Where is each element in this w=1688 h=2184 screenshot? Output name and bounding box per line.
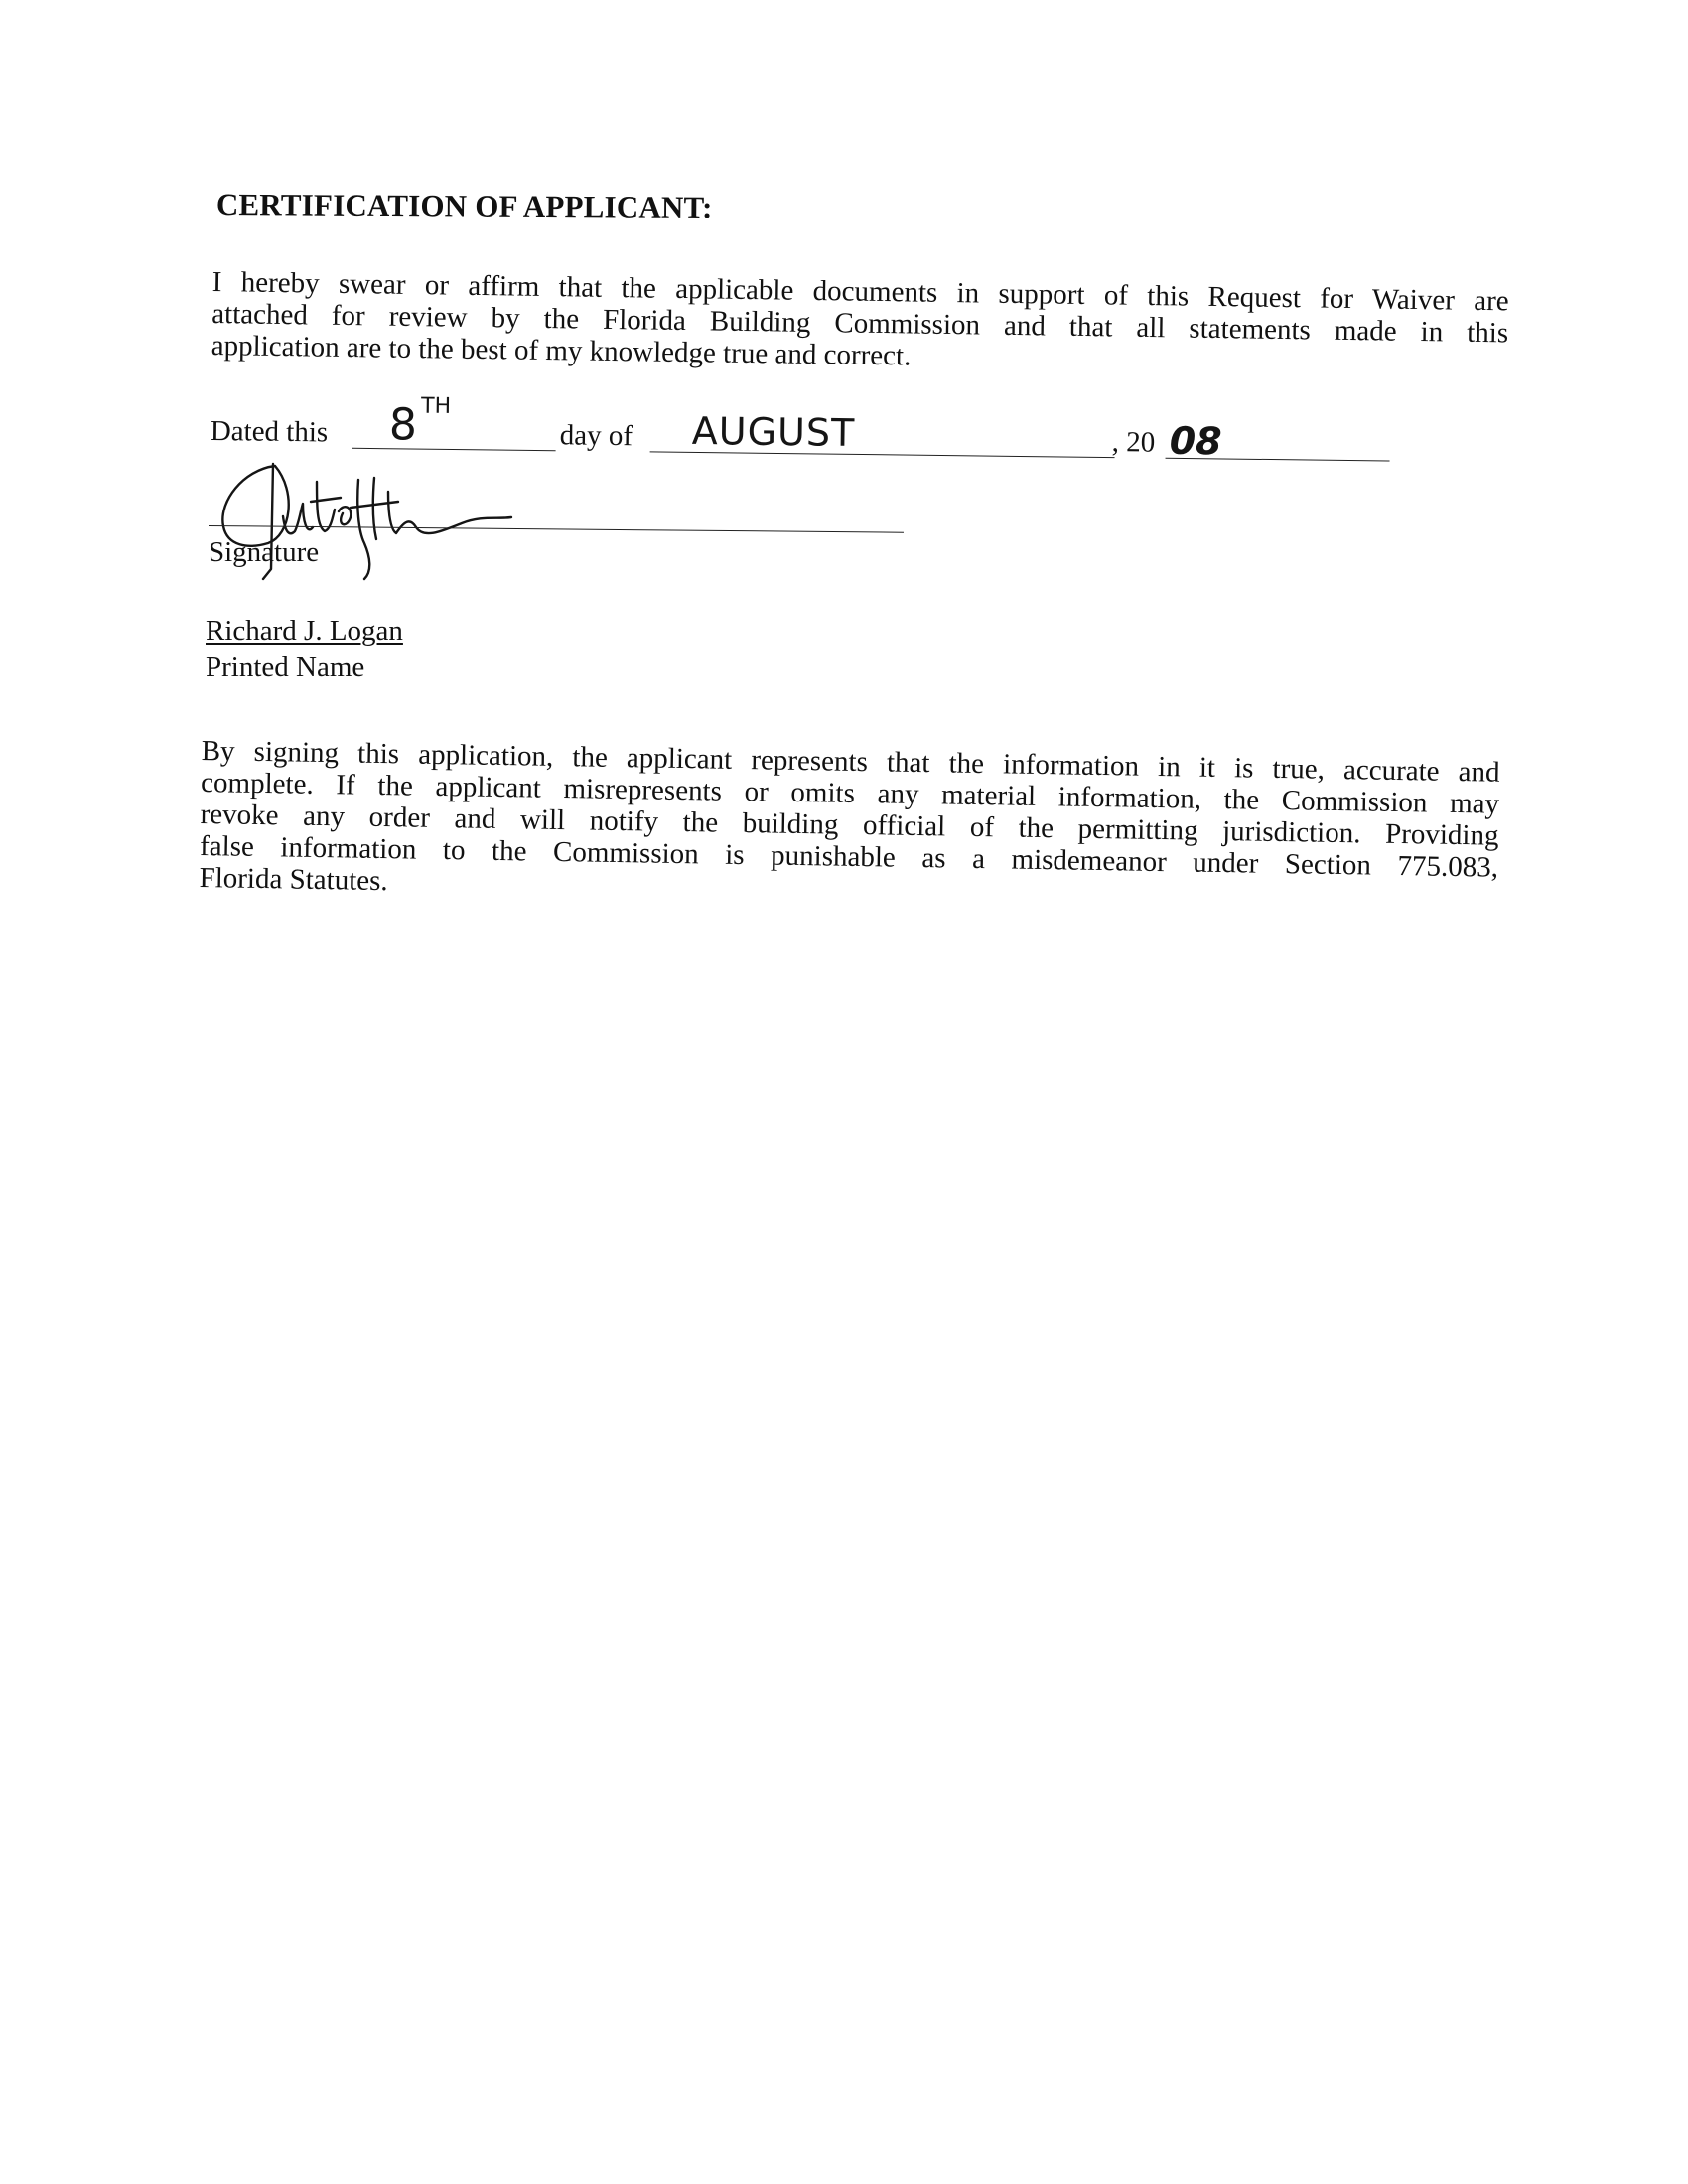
day-suffix-handwritten: TH [421, 394, 451, 419]
day-field[interactable] [352, 448, 556, 452]
section-heading: CERTIFICATION OF APPLICANT: [216, 187, 713, 225]
day-of-label: day of [560, 419, 633, 453]
day-handwritten: 8 [389, 399, 418, 450]
year-handwritten: 08 [1169, 419, 1221, 464]
month-handwritten: AUGUST [692, 409, 856, 455]
document-page: CERTIFICATION OF APPLICANT: I hereby swe… [0, 0, 1688, 2184]
certification-statement: I hereby swear or affirm that the applic… [211, 266, 1509, 380]
year-prefix-label: , 20 [1112, 426, 1156, 460]
printed-name-label: Printed Name [206, 652, 364, 684]
misrepresentation-warning: By signing this application, the applica… [199, 735, 1499, 916]
dated-this-label: Dated this [211, 415, 329, 449]
signature-label: Signature [209, 536, 319, 569]
printed-name-value: Richard J. Logan [206, 615, 403, 648]
